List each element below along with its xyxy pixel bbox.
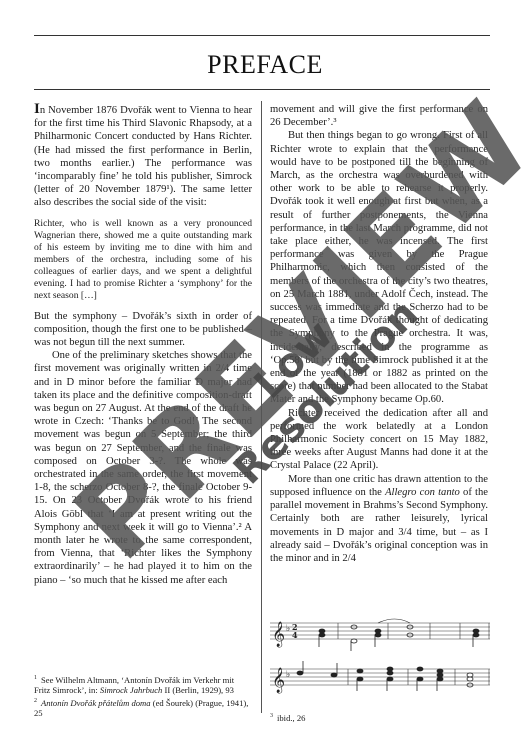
right-column: movement and will give the first perform… — [270, 103, 488, 565]
left-paragraph-2: But the symphony – Dvořák’s sixth in ord… — [34, 310, 252, 350]
svg-text:♭: ♭ — [286, 670, 290, 680]
footnote-3: 3ibid., 26 — [270, 711, 488, 723]
column-divider — [261, 101, 262, 713]
footnotes-right: 3ibid., 26 — [270, 711, 488, 723]
page-title: PREFACE — [0, 50, 530, 80]
right-paragraph-1: movement and will give the first perform… — [270, 103, 488, 129]
footnote-1: 1See Wilhelm Altmann, ‘Antonín Dvořák im… — [34, 673, 252, 696]
block-quote: Richter, who is well known as a very pro… — [34, 218, 252, 302]
left-paragraph-3: One of the preliminary sketches shows th… — [34, 349, 252, 587]
footnote-2: 2Antonín Dvořák přátelům doma (ed Šourek… — [34, 696, 252, 719]
svg-text:♭: ♭ — [286, 624, 290, 634]
right-paragraph-2: But then things began to go wrong. First… — [270, 129, 488, 406]
right-paragraph-3: Richter received the dedication after al… — [270, 407, 488, 473]
svg-text:4: 4 — [292, 630, 298, 640]
music-example: 𝄞 ♭ 2 4 𝄞 ♭ — [270, 617, 490, 705]
right-paragraph-4: More than one critic has drawn attention… — [270, 473, 488, 565]
left-paragraph-1: In November 1876 Dvořák went to Vienna t… — [34, 103, 252, 210]
header-bottom-rule — [34, 89, 490, 90]
treble-clef-icon: 𝄞 — [272, 621, 285, 647]
header-top-rule — [34, 35, 490, 36]
footnotes-left: 1See Wilhelm Altmann, ‘Antonín Dvořák im… — [34, 673, 252, 719]
svg-text:𝄞: 𝄞 — [272, 667, 285, 693]
left-column: In November 1876 Dvořák went to Vienna t… — [34, 103, 252, 587]
tempo-marking: Allegro con tanto — [385, 487, 460, 498]
